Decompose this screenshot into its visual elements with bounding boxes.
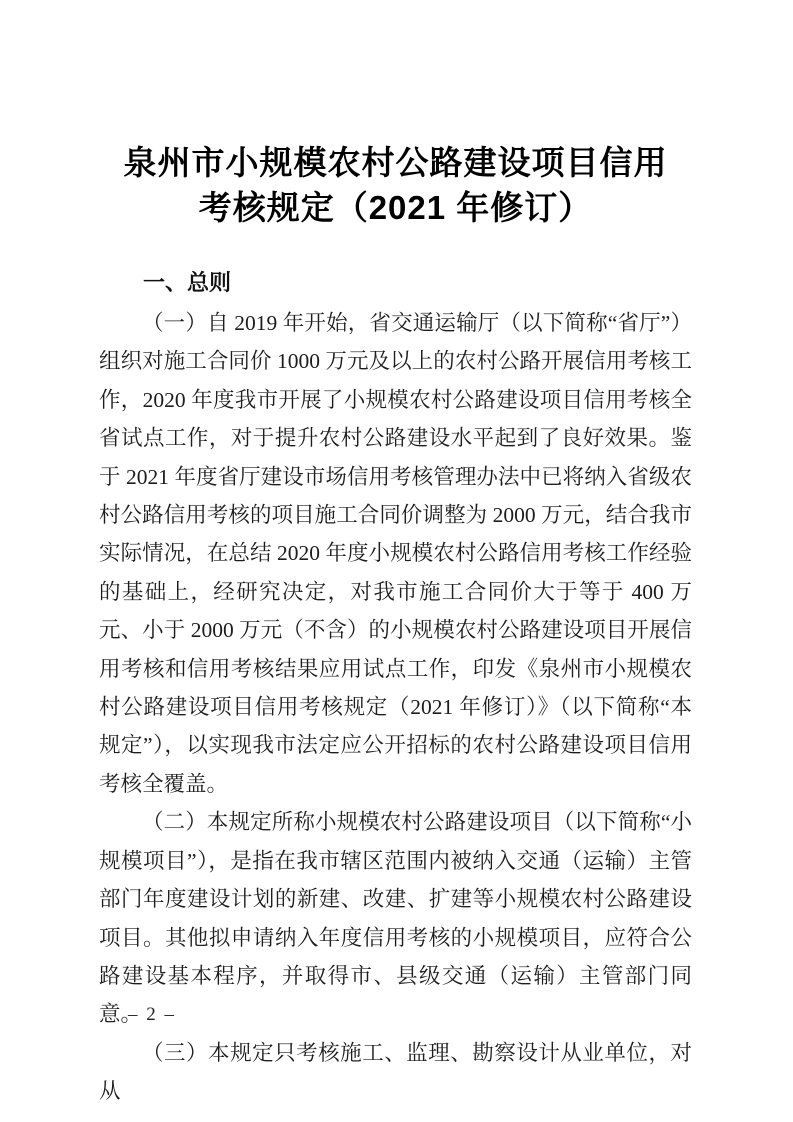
page-number: – 2 – (128, 1001, 176, 1029)
title-line-1: 泉州市小规模农村公路建设项目信用 (124, 144, 668, 181)
paragraph-3: （三）本规定只考核施工、监理、勘察设计从业单位，对从 (99, 1034, 692, 1111)
paragraph-1: （一）自 2019 年开始，省交通运输厅（以下简称“省厅”）组织对施工合同价 1… (99, 304, 692, 803)
document-content: 泉州市小规模农村公路建设项目信用 考核规定（2021 年修订） 一、总则 （一）… (99, 0, 692, 1111)
paragraph-2: （二）本规定所称小规模农村公路建设项目（以下简称“小规模项目”），是指在我市辖区… (99, 803, 692, 1033)
section-heading: 一、总则 (99, 264, 692, 302)
document-title: 泉州市小规模农村公路建设项目信用 考核规定（2021 年修订） (99, 140, 692, 230)
title-line-2: 考核规定（2021 年修订） (199, 189, 593, 226)
document-page: 泉州市小规模农村公路建设项目信用 考核规定（2021 年修订） 一、总则 （一）… (0, 0, 793, 1122)
